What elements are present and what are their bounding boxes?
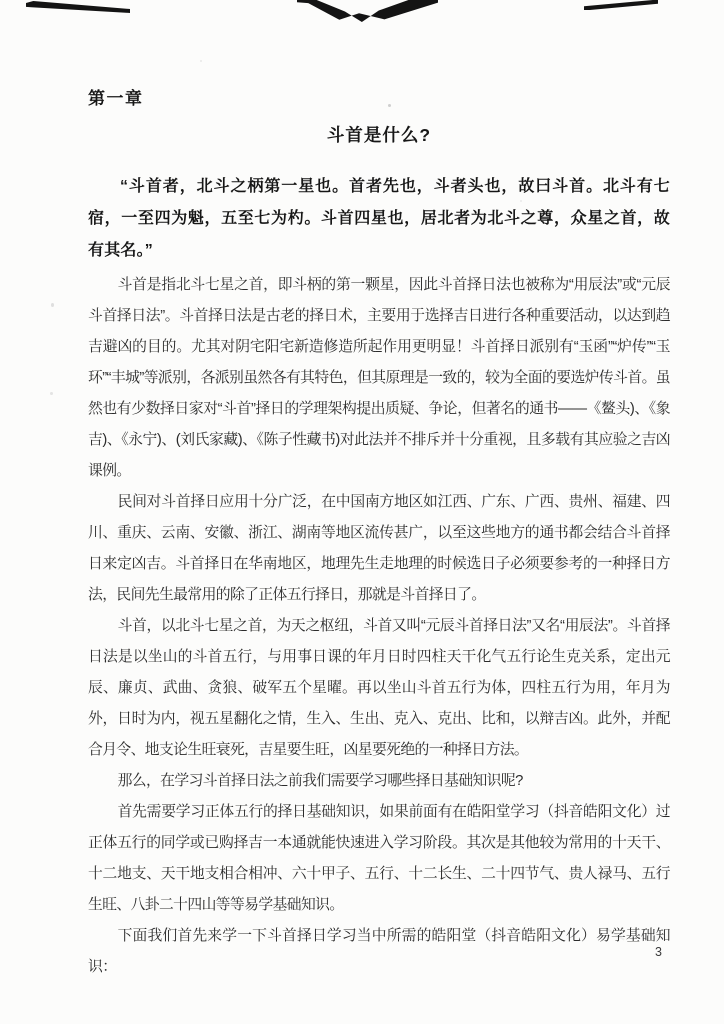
paragraph: 民间对斗首择日应用十分广泛，在中国南方地区如江西、广东、广西、贵州、福建、四川、… (88, 487, 670, 611)
scanned-book-page: 第一章 斗首是什么? “斗首者，北斗之柄第一星也。首者先也，斗者头也，故曰斗首。… (0, 0, 724, 1024)
paragraph: 斗首，以北斗七星之首，为天之枢纽，斗首又叫“元辰斗首择日法”又名“用辰法”。斗首… (88, 611, 670, 766)
scan-speck (51, 303, 54, 307)
paragraph: 那么，在学习斗首择日法之前我们需要学习哪些择日基础知识呢? (88, 766, 670, 797)
scan-artifact-left (26, 1, 130, 14)
paragraph: 下面我们首先来学一下斗首择日学习当中所需的皓阳堂（抖音皓阳文化）易学基础知识： (88, 921, 670, 983)
scan-speck (388, 104, 391, 107)
body-text: 斗首是指北斗七星之首，即斗柄的第一颗星，因此斗首择日法也被称为“用辰法”或“元辰… (88, 270, 670, 983)
scan-artifact-center (297, 0, 438, 22)
scan-artifact-right (584, 0, 658, 10)
quote-paragraph: “斗首者，北斗之柄第一星也。首者先也，斗者头也，故曰斗首。北斗有七宿，一至四为魁… (88, 171, 670, 267)
scan-speck (200, 60, 202, 62)
page-number: 3 (655, 945, 662, 959)
page-title: 斗首是什么? (88, 122, 670, 147)
paragraph: 首先需要学习正体五行的择日基础知识，如果前面有在皓阳堂学习（抖音皓阳文化）过正体… (88, 797, 670, 921)
scan-speck (50, 392, 53, 395)
paragraph: 斗首是指北斗七星之首，即斗柄的第一颗星，因此斗首择日法也被称为“用辰法”或“元辰… (88, 270, 670, 487)
chapter-heading: 第一章 (88, 84, 144, 109)
